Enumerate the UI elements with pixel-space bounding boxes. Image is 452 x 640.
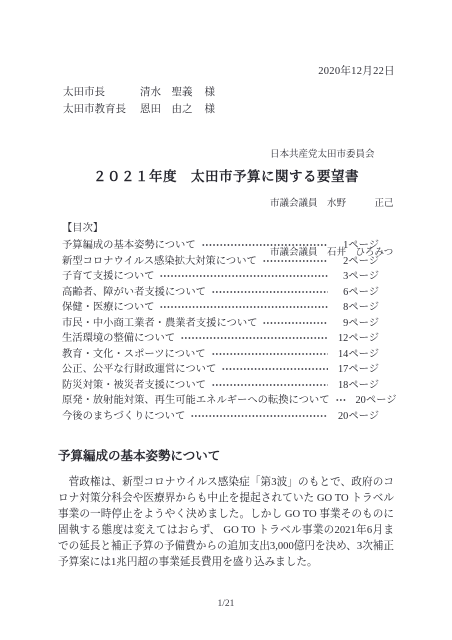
toc-item-page: 20ページ xyxy=(353,391,397,406)
page-number: 1/21 xyxy=(0,599,452,609)
toc-heading: 【目次】 xyxy=(62,219,396,233)
document-page: 2020年12月22日 太田市長 清水 聖義 様 太田市教育長 恩田 由之 様 … xyxy=(0,0,452,640)
toc-item-page: 12ページ xyxy=(335,329,379,344)
toc-item-label: 予算編成の基本姿勢について xyxy=(62,236,196,251)
toc-item: 市民・中小商工業者・農業者支援について 9ページ xyxy=(62,314,396,330)
toc-item-page: 8ページ xyxy=(335,298,379,313)
dot-leader xyxy=(212,384,328,386)
toc-item-page: 18ページ xyxy=(335,376,379,391)
dot-leader xyxy=(263,260,328,262)
recipient-honorific: 様 xyxy=(205,84,216,101)
dot-leader xyxy=(191,415,328,417)
recipient-title: 太田市長 xyxy=(63,84,140,101)
table-of-contents: 【目次】 予算編成の基本姿勢について 1ページ 新型コロナウイルス感染拡大対策に… xyxy=(62,219,396,422)
section-heading: 予算編成の基本姿勢について xyxy=(58,446,220,464)
toc-item: 子育て支援について 3ページ xyxy=(62,267,396,283)
toc-item-page: 17ページ xyxy=(335,360,379,375)
dot-leader xyxy=(202,244,328,246)
document-title: ２０２１年度 太田市予算に関する要望書 xyxy=(0,165,452,185)
sender-organization: 日本共産党太田市委員会 xyxy=(270,147,394,163)
recipient-block: 太田市長 清水 聖義 様 太田市教育長 恩田 由之 様 xyxy=(63,84,215,118)
toc-item: 保健・医療について 8ページ xyxy=(62,298,396,314)
toc-item-page: 20ページ xyxy=(335,407,379,422)
dot-leader xyxy=(263,322,328,324)
document-date: 2020年12月22日 xyxy=(0,63,395,78)
section-body-text: 菅政権は、新型コロナウイルス感染症「第3波」のもとで、政府のコロナ対策分科会や医… xyxy=(58,475,394,570)
toc-item-page: 1ページ xyxy=(335,236,379,251)
dot-leader xyxy=(160,275,328,277)
recipient-title: 太田市教育長 xyxy=(63,101,140,118)
sender-member: 市議会議員 水野 正己 xyxy=(270,196,394,212)
toc-item: 予算編成の基本姿勢について 1ページ xyxy=(62,236,396,252)
recipient-name: 恩田 由之 xyxy=(140,101,193,118)
dot-leader xyxy=(336,399,346,401)
toc-item: 高齢者、障がい者支援について 6ページ xyxy=(62,283,396,299)
recipient-line: 太田市教育長 恩田 由之 様 xyxy=(63,101,215,118)
toc-item-page: 14ページ xyxy=(335,345,379,360)
dot-leader xyxy=(222,368,328,370)
toc-item-label: 生活環境の整備について xyxy=(62,329,175,344)
dot-leader xyxy=(212,353,328,355)
toc-item-label: 保健・医療について xyxy=(62,298,154,313)
toc-item-page: 6ページ xyxy=(335,283,379,298)
toc-item-label: 子育て支援について xyxy=(62,267,154,282)
toc-item-label: 教育・文化・スポーツについて xyxy=(62,345,206,360)
toc-item: 今後のまちづくりについて 20ページ xyxy=(62,407,396,423)
toc-item-label: 高齢者、障がい者支援について xyxy=(62,283,206,298)
toc-item-label: 防災対策・被災者支援について xyxy=(62,376,206,391)
dot-leader xyxy=(181,337,328,339)
toc-item-label: 公正、公平な行財政運営について xyxy=(62,360,216,375)
toc-item: 防災対策・被災者支援について 18ページ xyxy=(62,376,396,392)
recipient-name: 清水 聖義 xyxy=(140,84,193,101)
toc-item-label: 今後のまちづくりについて xyxy=(62,407,185,422)
toc-item: 教育・文化・スポーツについて 14ページ xyxy=(62,345,396,361)
dot-leader xyxy=(212,291,328,293)
toc-item: 新型コロナウイルス感染拡大対策について 2ページ xyxy=(62,252,396,268)
toc-item: 公正、公平な行財政運営について 17ページ xyxy=(62,360,396,376)
toc-item-page: 3ページ xyxy=(335,267,379,282)
toc-item-label: 新型コロナウイルス感染拡大対策について xyxy=(62,252,257,267)
toc-item-page: 9ページ xyxy=(335,314,379,329)
toc-item-label: 原発・放射能対策、再生可能エネルギーへの転換について xyxy=(62,391,330,406)
recipient-honorific: 様 xyxy=(205,101,216,118)
toc-item-page: 2ページ xyxy=(335,252,379,267)
dot-leader xyxy=(160,306,328,308)
toc-item: 生活環境の整備について 12ページ xyxy=(62,329,396,345)
toc-item-label: 市民・中小商工業者・農業者支援について xyxy=(62,314,257,329)
recipient-line: 太田市長 清水 聖義 様 xyxy=(63,84,215,101)
toc-item: 原発・放射能対策、再生可能エネルギーへの転換について 20ページ xyxy=(62,391,396,407)
